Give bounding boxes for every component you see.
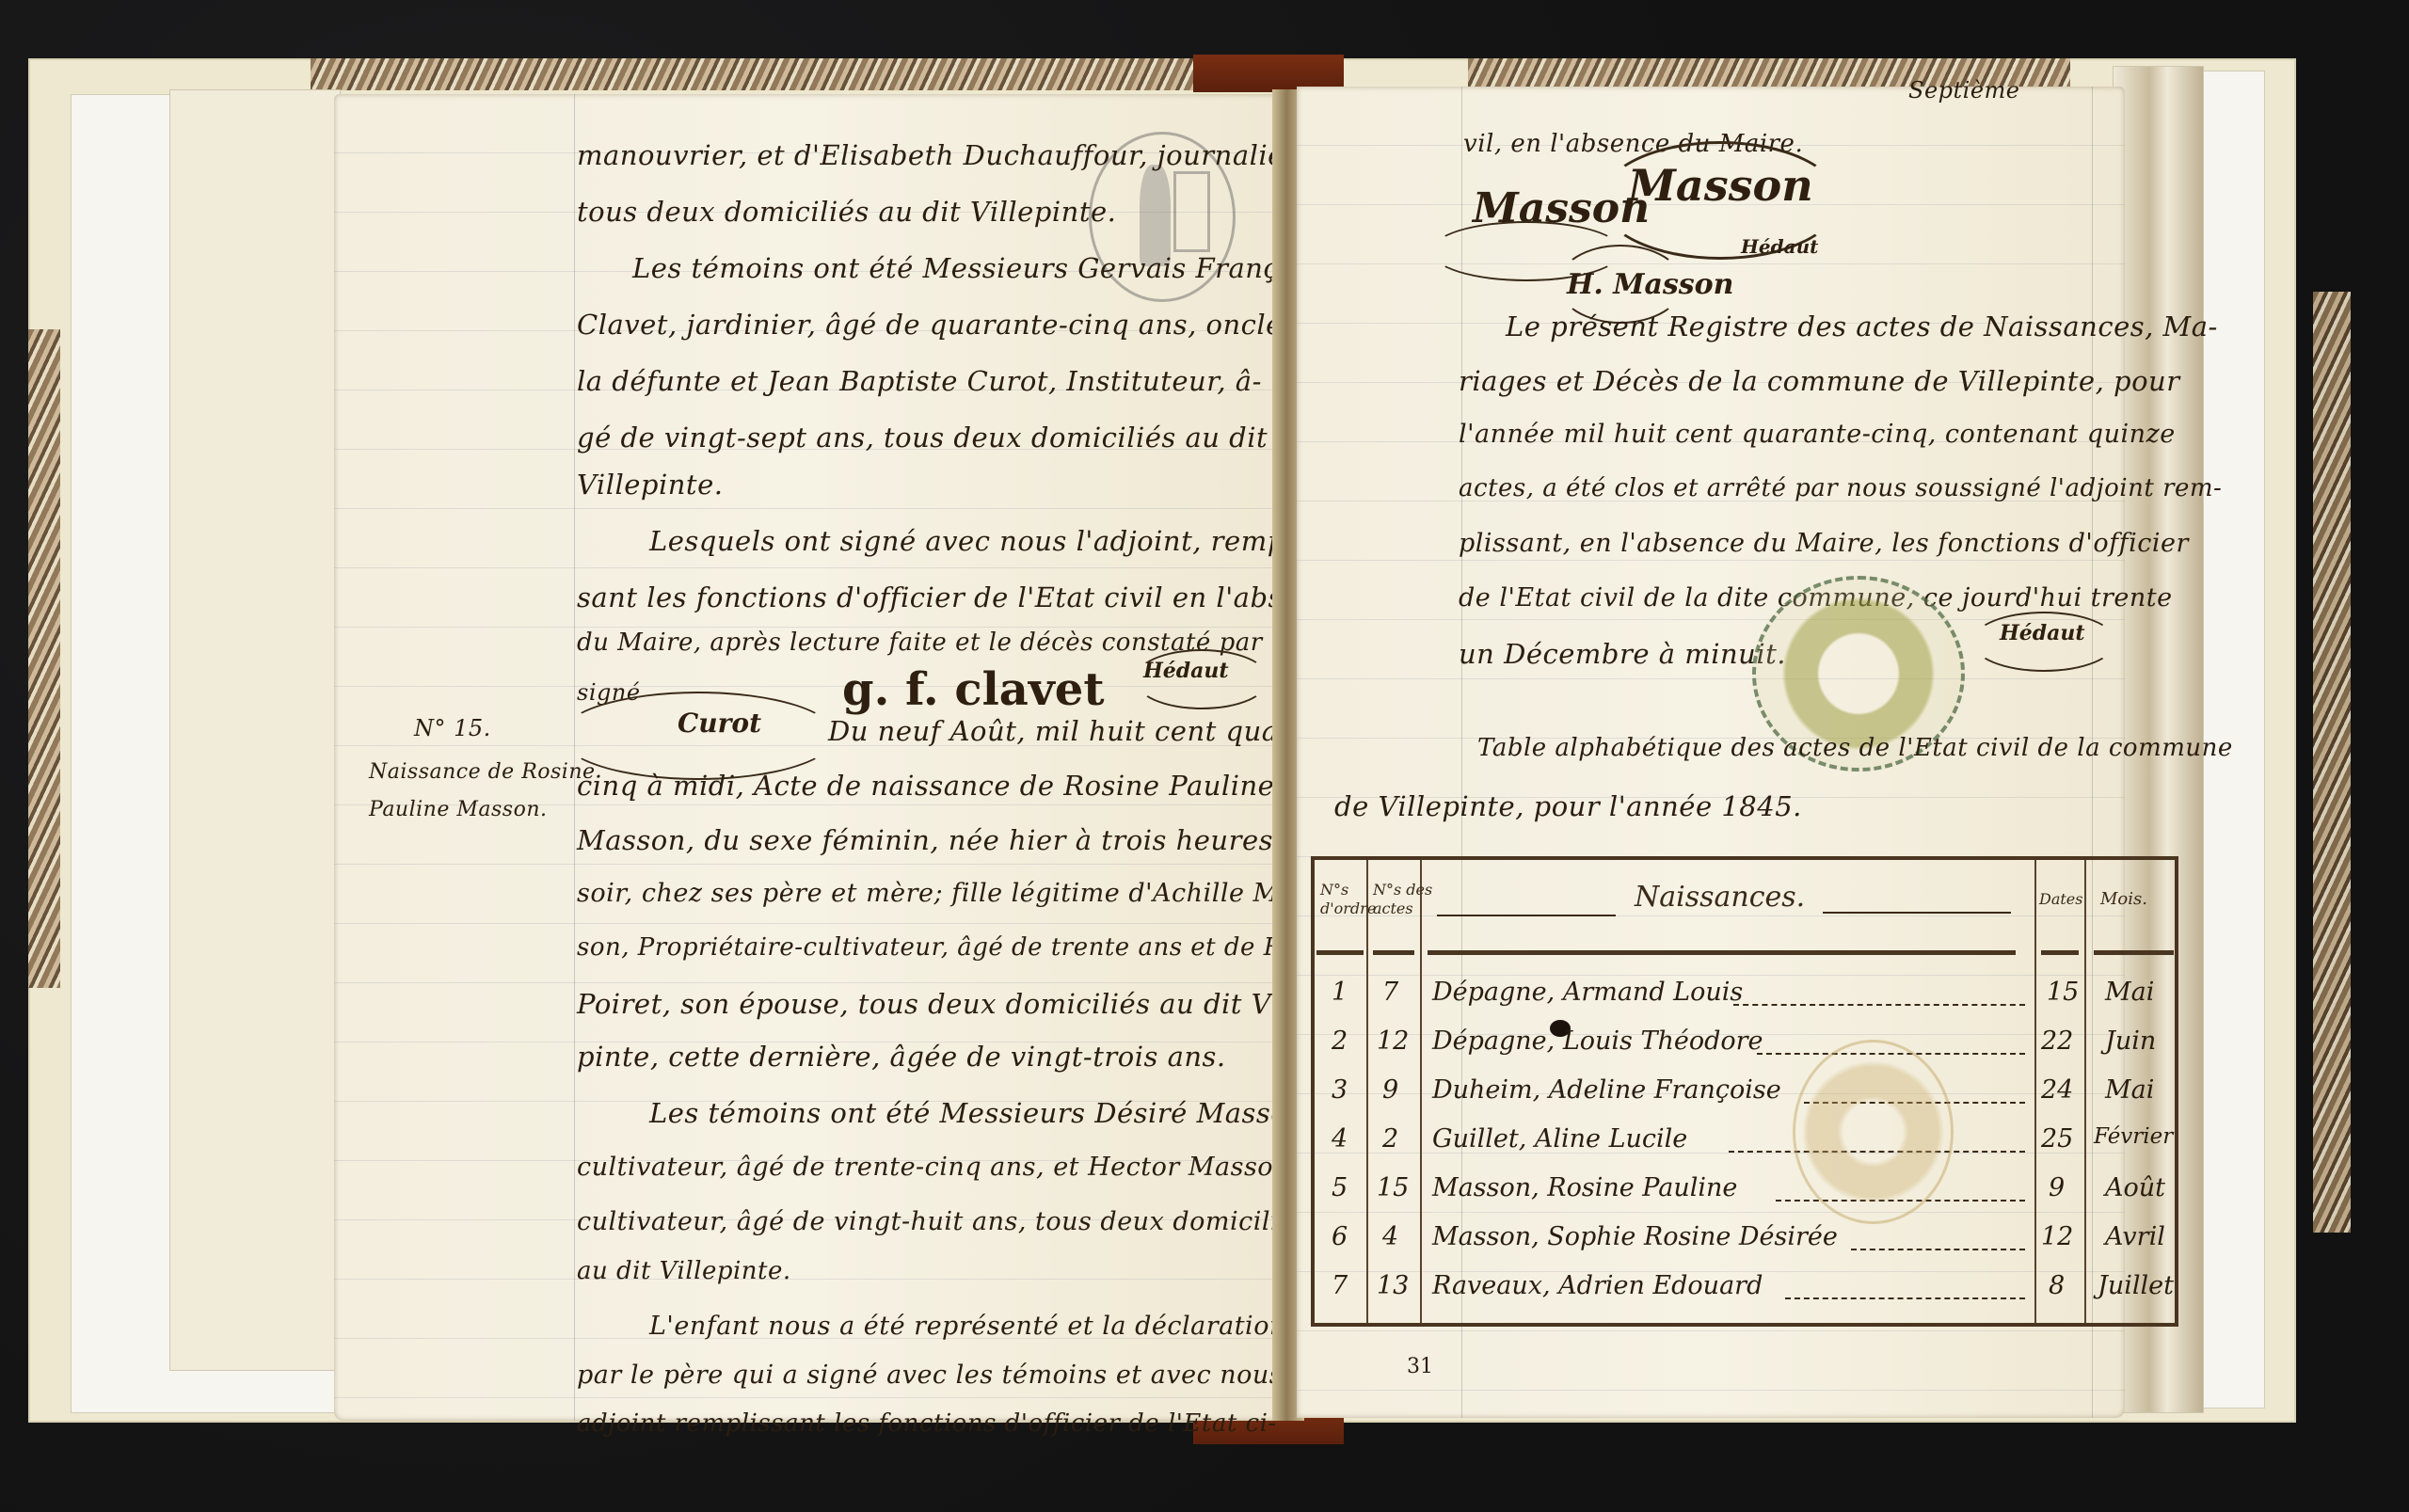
signature-adjoint-left-flourish xyxy=(1134,649,1269,709)
page-edge-left xyxy=(169,89,341,1371)
header-separator xyxy=(2094,950,2174,955)
table-row: 3 9 Duheim, Adeline Françoise 24 Mai xyxy=(1315,1075,2175,1124)
cell-name: Masson, Sophie Rosine Désirée xyxy=(1432,1222,1838,1251)
corner-note: Septième xyxy=(1908,77,2020,103)
cell-act: 15 xyxy=(1377,1173,1409,1202)
cell-month: Juillet xyxy=(2098,1271,2174,1300)
act-line-6: Poiret, son épouse, tous deux domiciliés… xyxy=(577,988,1325,1020)
cell-name: Masson, Rosine Pauline xyxy=(1432,1173,1737,1202)
cell-month: Mai xyxy=(2105,1075,2154,1105)
act-line-12: L'enfant nous a été représenté et la déc… xyxy=(649,1312,1355,1341)
table-row: 5 15 Masson, Rosine Pauline 9 Août xyxy=(1315,1173,2175,1222)
leader-dots xyxy=(1851,1249,2025,1250)
table-row: 7 13 Raveaux, Adrien Edouard 8 Juillet xyxy=(1315,1271,2175,1320)
act-line-14: adjoint remplissant les fonctions d'offi… xyxy=(577,1409,1277,1438)
header-order-no-line2: d'ordre xyxy=(1320,899,1376,918)
left-line-8: Lesquels ont signé avec nous l'adjoint, … xyxy=(649,525,1328,557)
cell-order: 4 xyxy=(1332,1124,1348,1154)
cell-name: Raveaux, Adrien Edouard xyxy=(1432,1271,1763,1300)
cell-act: 13 xyxy=(1377,1271,1409,1300)
cell-order: 3 xyxy=(1332,1075,1348,1105)
margin-act-number: N° 15. xyxy=(414,715,491,741)
act-line-8: Les témoins ont été Messieurs Désiré Mas… xyxy=(649,1097,1315,1129)
cell-name: Dépagne, Armand Louis xyxy=(1432,978,1743,1007)
act-line-10: cultivateur, âgé de vingt-huit ans, tous… xyxy=(577,1207,1308,1236)
left-line-7: Villepinte. xyxy=(577,469,723,501)
cell-day: 15 xyxy=(2047,978,2079,1007)
cell-day: 9 xyxy=(2049,1173,2065,1202)
cell-act: 9 xyxy=(1382,1075,1398,1105)
act-line-7: pinte, cette dernière, âgée de vingt-tro… xyxy=(577,1041,1226,1073)
stamp-tablet-icon xyxy=(1173,171,1210,253)
alphabetical-index-table: N°s d'ordre N°s des actes Naissances. Da… xyxy=(1311,856,2178,1327)
act-line-4: soir, chez ses père et mère; fille légit… xyxy=(577,879,1317,908)
table-row: 2 12 Dépagne, Louis Théodore 22 Juin xyxy=(1315,1027,2175,1075)
act-line-5: son, Propriétaire-cultivateur, âgé de tr… xyxy=(577,933,1350,962)
cell-order: 7 xyxy=(1332,1271,1348,1300)
marbled-cover-right-edge xyxy=(2313,292,2351,1233)
signature-hedaut-top: Hédaut xyxy=(1741,235,1818,258)
left-line-6: gé de vingt-sept ans, tous deux domicili… xyxy=(577,422,1268,454)
cell-order: 6 xyxy=(1332,1222,1348,1251)
act-line-9: cultivateur, âgé de trente-cinq ans, et … xyxy=(577,1153,1375,1182)
left-line-4: Clavet, jardinier, âgé de quarante-cinq … xyxy=(577,309,1326,341)
mairie-stamp-faded xyxy=(1793,1040,1954,1224)
header-act-no-line2: actes xyxy=(1373,899,1432,918)
marbled-cover-left-edge xyxy=(28,329,60,988)
cell-act: 12 xyxy=(1377,1027,1409,1056)
cell-day: 24 xyxy=(2041,1075,2073,1105)
act-line-3: Masson, du sexe féminin, née hier à troi… xyxy=(577,824,1318,856)
cell-month: Février xyxy=(2094,1124,2173,1149)
closing-line-2: riages et Décès de la commune de Villepi… xyxy=(1459,365,2180,397)
closing-line-7: un Décembre à minuit. xyxy=(1459,638,1786,670)
signature-clavet: g. f. clavet xyxy=(842,663,1105,716)
left-line-2: tous deux domiciliés au dit Villepinte. xyxy=(577,196,1116,228)
table-title-line-1: Table alphabétique des actes de l'Etat c… xyxy=(1477,734,2233,762)
header-separator xyxy=(2041,950,2079,955)
header-separator xyxy=(1428,950,2016,955)
closing-line-4: actes, a été clos et arrêté par nous sou… xyxy=(1459,474,2222,502)
header-act-no-line1: N°s des xyxy=(1373,881,1432,899)
cell-month: Mai xyxy=(2105,978,2154,1007)
table-row: 1 7 Dépagne, Armand Louis 15 Mai xyxy=(1315,978,2175,1027)
header-rule-left xyxy=(1437,915,1616,916)
cell-name: Duheim, Adeline Françoise xyxy=(1432,1075,1781,1105)
table-title-line-2: de Villepinte, pour l'année 1845. xyxy=(1334,790,1802,822)
act-line-2: cinq à midi, Acte de naissance de Rosine… xyxy=(577,770,1274,802)
cell-order: 5 xyxy=(1332,1173,1348,1202)
cell-name: Dépagne, Louis Théodore xyxy=(1432,1027,1763,1056)
act-line-11: au dit Villepinte. xyxy=(577,1257,791,1285)
cell-day: 12 xyxy=(2041,1222,2073,1251)
cell-month: Avril xyxy=(2105,1222,2165,1251)
margin-note-line-1: Naissance de Rosine xyxy=(369,760,596,784)
header-separator xyxy=(1316,950,1364,955)
cell-name: Guillet, Aline Lucile xyxy=(1432,1124,1687,1154)
cell-day: 22 xyxy=(2041,1027,2073,1056)
leader-dots xyxy=(1785,1297,2025,1299)
table-row: 6 4 Masson, Sophie Rosine Désirée 12 Avr… xyxy=(1315,1222,2175,1271)
cell-day: 8 xyxy=(2049,1271,2065,1300)
marbled-cover-top-left xyxy=(311,58,1204,90)
closing-line-1: Le présent Registre des actes de Naissan… xyxy=(1506,310,2218,342)
left-line-3: Les témoins ont été Messieurs Gervais Fr… xyxy=(632,252,1319,284)
closing-line-5: plissant, en l'absence du Maire, les fon… xyxy=(1459,529,2189,558)
page-number: 31 xyxy=(1407,1355,1433,1378)
header-rule-right xyxy=(1823,912,2011,914)
cell-month: Juin xyxy=(2105,1027,2156,1056)
cell-day: 25 xyxy=(2041,1124,2073,1154)
cell-month: Août xyxy=(2105,1173,2165,1202)
header-dates: Dates xyxy=(2039,890,2082,909)
cell-order: 2 xyxy=(1332,1027,1348,1056)
margin-note-line-2: Pauline Masson. xyxy=(369,798,547,821)
cell-act: 7 xyxy=(1382,978,1398,1007)
header-mois: Mois. xyxy=(2100,890,2147,909)
signature-curot-flourish xyxy=(560,692,837,780)
cell-order: 1 xyxy=(1332,978,1348,1007)
left-line-5: la défunte et Jean Baptiste Curot, Insti… xyxy=(577,365,1262,397)
signature-hedaut-closing-flourish xyxy=(1971,612,2116,672)
header-naissances: Naissances. xyxy=(1635,888,1805,907)
cell-act: 4 xyxy=(1382,1222,1398,1251)
header-act-no: N°s des actes xyxy=(1373,881,1432,918)
left-line-9: sant les fonctions d'officier de l'Etat … xyxy=(577,581,1349,613)
header-order-no: N°s d'ordre xyxy=(1320,881,1376,918)
stamp-figure-icon xyxy=(1140,165,1171,267)
table-row: 4 2 Guillet, Aline Lucile 25 Février xyxy=(1315,1124,2175,1173)
header-order-no-line1: N°s xyxy=(1320,881,1376,899)
margin-rule xyxy=(574,94,575,1421)
left-line-1: manouvrier, et d'Elisabeth Duchauffour, … xyxy=(577,139,1324,171)
leader-dots xyxy=(1733,1004,2025,1006)
closing-line-3: l'année mil huit cent quarante-cinq, con… xyxy=(1459,420,2176,449)
cell-act: 2 xyxy=(1382,1124,1398,1154)
header-separator xyxy=(1373,950,1414,955)
act-line-13: par le père qui a signé avec les témoins… xyxy=(577,1361,1283,1390)
